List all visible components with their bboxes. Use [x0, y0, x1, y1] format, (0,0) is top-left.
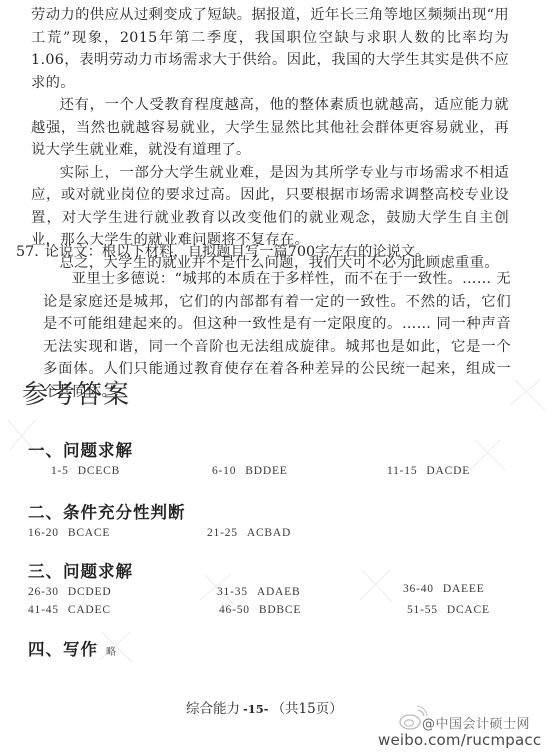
answer-item: 36-40DAEEE — [403, 583, 485, 595]
answer-item: 21-25ACBAD — [207, 527, 291, 539]
answer-item: 1-5DCECB — [51, 465, 120, 477]
section-heading-data-sufficiency: 二、条件充分性判断 — [28, 499, 186, 523]
question-number: 57. — [16, 244, 39, 260]
page-footer: 综合能力-15-（共15页） — [186, 697, 343, 717]
exam-page: 劳动力的供应从过剩变成了短缺。据报道，近年长三角等地区频频出现“用工荒”现象，2… — [0, 0, 546, 754]
omitted-note: 略 — [106, 647, 116, 658]
answer-item: 6-10BDDEE — [212, 465, 288, 477]
answer-key-title: 参考答案 — [22, 374, 130, 411]
question-prompt-text: 论说文：根以下材料，自拟题目写一篇700字左右的论说文。 — [45, 244, 430, 260]
section-heading-writing: 四、写作略 — [28, 636, 116, 660]
paragraph-1: 劳动力的供应从过剩变成了短缺。据报道，近年长三角等地区频频出现“用工荒”现象，2… — [31, 4, 509, 94]
answer-item: 11-15DACDE — [387, 465, 470, 477]
paragraph-2: 还有，一个人受教育程度越高，他的整体素质也就越高，适应能力就越强，当然也就越容易… — [31, 94, 509, 162]
paragraph-3: 实际上，一部分大学生就业难，是因为其所学专业与市场需求不相适应，或对就业岗位的要… — [31, 162, 509, 252]
section-heading-problem-solving-3: 三、问题求解 — [28, 558, 133, 582]
answer-item: 46-50BDBCE — [219, 604, 301, 616]
answer-item: 51-55DCACE — [407, 604, 490, 616]
page-number: -15- — [243, 702, 269, 716]
watermark-url: weibo.com/rucmpacc — [378, 731, 541, 749]
answer-item: 26-30DCDED — [28, 586, 111, 598]
watermark-handle: @中国会计硕士网 — [422, 713, 530, 732]
section-heading-problem-solving-1: 一、问题求解 — [28, 437, 133, 461]
page-total: （共15页） — [272, 701, 343, 717]
answer-item: 41-45CADEC — [28, 604, 111, 616]
weibo-watermark: @中国会计硕士网 weibo.com/rucmpacc — [378, 709, 546, 754]
footer-subject: 综合能力 — [186, 701, 240, 717]
answer-item: 16-20BCACE — [28, 527, 110, 539]
essay-material-continuation: 劳动力的供应从过剩变成了短缺。据报道，近年长三角等地区频频出现“用工荒”现象，2… — [31, 4, 509, 274]
answer-item: 31-35ADAEB — [217, 586, 300, 598]
question-57-prompt: 57.论说文：根以下材料，自拟题目写一篇700字左右的论说文。 — [16, 241, 429, 263]
